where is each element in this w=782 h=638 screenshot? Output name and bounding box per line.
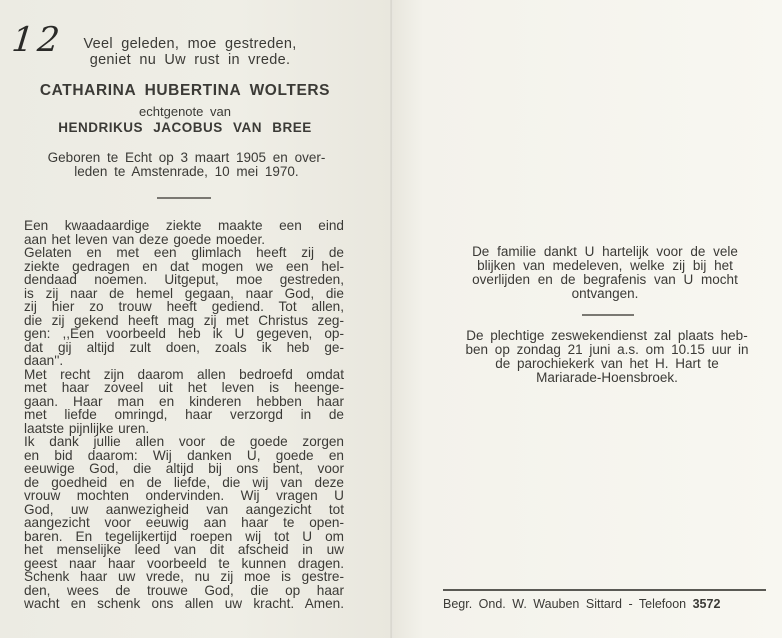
thanks-line: overlijden en de begrafenis van U mocht [440,273,770,287]
eulogy-line: Een kwaadaardige ziekte maakte een eind [24,219,344,233]
eulogy-line: gen: ,,Een voorbeeld heb ik U gegeven, o… [24,327,344,341]
footer-text: Begr. Ond. W. Wauben Sittard - Telefoon [443,597,686,611]
eulogy-line: laatste pijnlijke uren. [24,422,344,436]
eulogy-line: is zij naar de hemel gegaan, naar God, d… [24,287,344,301]
thanks-line: De familie dankt U hartelijk voor de vel… [440,245,770,259]
eulogy-line: zij hier zo trouw heeft gediend. Tot all… [24,300,344,314]
verse-line: Veel geleden, moe gestreden, [60,36,320,52]
eulogy-line: Ik dank jullie allen voor de goede zorge… [24,435,344,449]
birth-death-line: leden te Amstenrade, 10 mei 1970. [24,165,349,179]
service-line: de parochiekerk van het H. Hart te [442,357,772,371]
eulogy-line: de goedheid en de liefde, die wij van de… [24,476,344,490]
eulogy-line: Gelaten en met een glimlach heeft zij de [24,246,344,260]
eulogy-line: aangezicht voor eeuwig aan haar te open- [24,516,344,530]
eulogy-line: den, wees de trouwe God, die op haar [24,584,344,598]
service-line: De plechtige zeswekendienst zal plaats h… [442,329,772,343]
eulogy-line: vrouw mochten ondervinden. Wij vragen U [24,489,344,503]
eulogy-line: eeuwige God, die altijd bij ons bent, vo… [24,462,344,476]
eulogy-line: die zij gekend heeft mag zij met Christu… [24,314,344,328]
thanks-line: ontvangen. [440,287,770,301]
birth-death-line: Geboren te Echt op 3 maart 1905 en over- [24,151,349,165]
divider-line [157,197,211,199]
eulogy-line: ziekte gedragen en dat mogen we een hel- [24,260,344,274]
eulogy-line: Met recht zijn daarom allen bedroefd omd… [24,368,344,382]
right-panel [392,0,782,638]
eulogy-line: wacht en schenk ons allen uw kracht. Ame… [24,597,344,611]
handwritten-number: 12 [10,20,65,60]
verse-line: geniet nu Uw rust in vrede. [60,52,320,68]
footer-phone: 3572 [693,597,721,611]
eulogy-line: daan''. [24,354,344,368]
eulogy-text: Een kwaadaardige ziekte maakte een eind … [24,219,344,611]
family-thanks: De familie dankt U hartelijk voor de vel… [440,245,770,301]
eulogy-line: geest naar haar voorbeeld te kunnen drag… [24,557,344,571]
footer-rule [443,589,766,591]
eulogy-line: God, uw aanwezigheid van aangezicht tot [24,503,344,517]
eulogy-line: gaan. Haar man en kinderen hebben haar [24,395,344,409]
eulogy-line: Schenk haar uw vrede, nu zij moe is gest… [24,570,344,584]
service-line: Mariarade-Hoensbroek. [442,371,772,385]
eulogy-line: met liefde omringd, haar verzorgd in de [24,408,344,422]
funeral-director-footer: Begr. Ond. W. Wauben Sittard - Telefoon … [443,597,766,611]
deceased-name: CATHARINA HUBERTINA WOLTERS [20,82,350,100]
thanks-line: blijken van medeleven, welke zij bij het [440,259,770,273]
opening-verse: Veel geleden, moe gestreden, geniet nu U… [60,36,320,68]
service-line: ben op zondag 21 juni a.s. om 10.15 uur … [442,343,772,357]
card-fold [390,0,393,638]
eulogy-line: dendaad noemen. Uitgeput, moe gestreden, [24,273,344,287]
memorial-service-info: De plechtige zeswekendienst zal plaats h… [442,329,772,385]
birth-death-info: Geboren te Echt op 3 maart 1905 en over-… [24,151,349,179]
eulogy-line: met haar zoveel uit het leven is heenge- [24,381,344,395]
spouse-label: echtgenote van [60,104,310,119]
eulogy-line: het menselijke leed van dit afscheid in … [24,543,344,557]
eulogy-line: dat gij altijd zult doen, zoals ik heb g… [24,341,344,355]
memorial-card: 12 Veel geleden, moe gestreden, geniet n… [0,0,782,638]
spouse-name: HENDRIKUS JACOBUS VAN BREE [30,120,340,135]
eulogy-line: baren. En tegelijkertijd roepen wij tot … [24,530,344,544]
divider-line [582,314,634,316]
eulogy-line: aan het leven van deze goede moeder. [24,233,344,247]
eulogy-line: en bid daarom: Wij danken U, goede en [24,449,344,463]
